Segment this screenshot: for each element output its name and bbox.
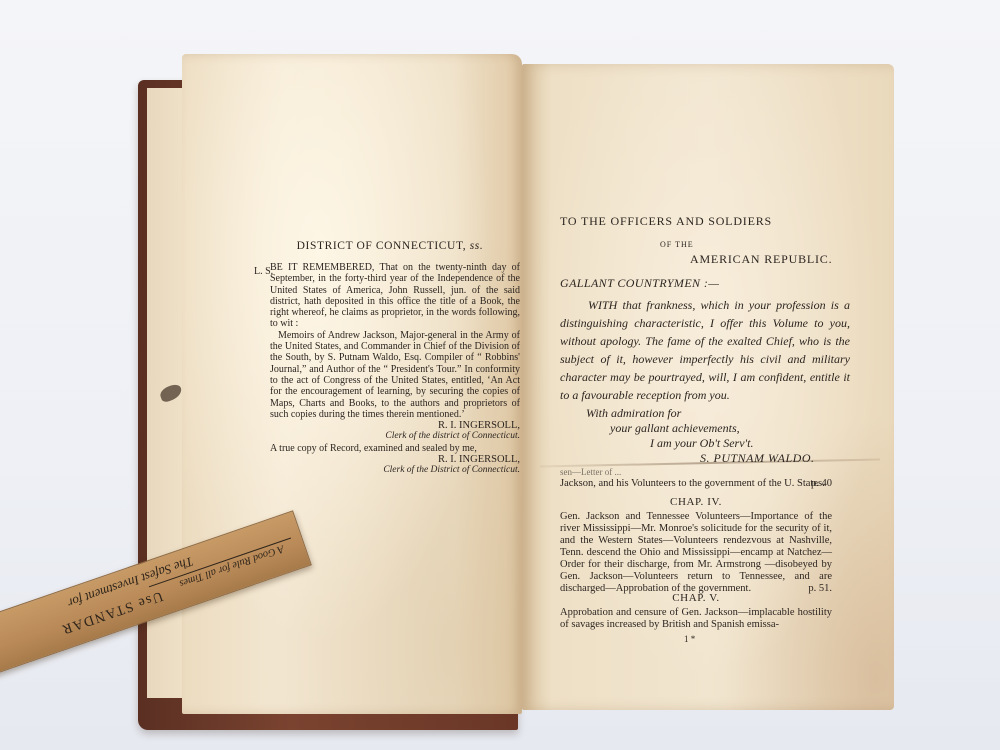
printer-signature-mark: 1 * (684, 634, 695, 644)
contents-fragment: sen—Letter of ... Jackson, and his Volun… (560, 466, 832, 490)
chapter-heading: CHAP. V. (560, 592, 832, 604)
dedication-salutation: GALLANT COUNTRYMEN :— (560, 276, 840, 291)
photo-scene: 1 2 DISTRICT OF CONNECTICUT, ss. L. S. B… (0, 0, 1000, 750)
chapter-4: CHAP. IV. Gen. Jackson and Tennessee Vol… (560, 496, 832, 595)
dedication-body: WITH that frankness, which in your profe… (560, 296, 850, 404)
copyright-paragraph-1: BE IT REMEMBERED, That on the twenty-nin… (270, 262, 520, 330)
dedication-line-3: AMERICAN REPUBLIC. (690, 252, 832, 267)
heading-text: DISTRICT OF CONNECTICUT, (297, 240, 467, 252)
copyright-body: BE IT REMEMBERED, That on the twenty-nin… (270, 262, 520, 477)
clerk-title-2: Clerk of the District of Connecticut. (270, 465, 520, 476)
heading-ss: ss. (470, 240, 484, 252)
clerk-title-1: Clerk of the district of Connecticut. (270, 431, 520, 442)
closing-line-1: With admiration for (586, 406, 681, 421)
copyright-paragraph-2: Memoirs of Andrew Jackson, Major-general… (270, 330, 520, 420)
clerk-signature-2: R. I. INGERSOLL, (270, 454, 520, 465)
dedication-paragraph: WITH that frankness, which in your profe… (560, 296, 850, 404)
copyright-heading: DISTRICT OF CONNECTICUT, ss. (255, 240, 525, 252)
closing-line-2: your gallant achievements, (610, 421, 740, 436)
author-signature: S. PUTNAM WALDO. (700, 451, 815, 466)
dedication-line-2: OF THE (660, 240, 694, 249)
chapter-heading: CHAP. IV. (560, 496, 832, 508)
clerk-signature-1: R. I. INGERSOLL, (270, 420, 520, 431)
dedication-line-1: TO THE OFFICERS AND SOLDIERS (560, 214, 840, 229)
fragment-text: Jackson, and his Volunteers to the gover… (560, 478, 832, 490)
chapter-summary: Gen. Jackson and Tennessee Volunteers—Im… (560, 511, 832, 595)
chapter-5: CHAP. V. Approbation and censure of Gen.… (560, 592, 832, 631)
closing-line-3: I am your Ob't Serv't. (650, 436, 753, 451)
attestation-line: A true copy of Record, examined and seal… (270, 443, 520, 454)
fragment-line: sen—Letter of ... (560, 466, 832, 478)
chapter-summary: Approbation and censure of Gen. Jackson—… (560, 607, 832, 631)
